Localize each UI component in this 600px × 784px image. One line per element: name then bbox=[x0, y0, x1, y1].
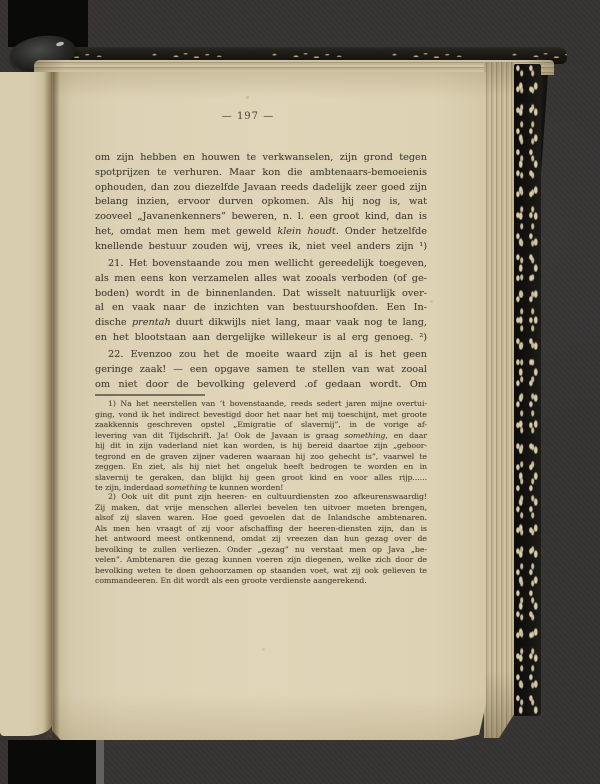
text-line: zooveel „Javanenkenners” beweren, n. l. … bbox=[95, 210, 427, 225]
text-line: 21. Het bovenstaande zou men wellicht ge… bbox=[95, 257, 427, 272]
text-line: boden) wordt in de binnenlanden. Dat wis… bbox=[95, 287, 427, 302]
body-paragraph-22: 22. Evenzoo zou het de moeite waard zijn… bbox=[95, 348, 427, 392]
text-line: en het blootstaan aan dergelijke willeke… bbox=[95, 331, 427, 346]
text-line: 1) Na het neerstellen van ’t bovenstaand… bbox=[95, 399, 427, 410]
text-line: Als men hen vraagt of zij voor afschaffi… bbox=[95, 524, 427, 535]
page-speck bbox=[430, 300, 433, 303]
page-number: — 197 — bbox=[95, 111, 427, 122]
book-scan-photo: — 197 — om zijn hebben en houwen te verk… bbox=[0, 0, 600, 784]
text-line: commandeeren. En dit wordt als een groot… bbox=[95, 576, 427, 587]
text-line: het, omdat men hem met geweld klein houd… bbox=[95, 225, 427, 240]
text-line: alsof zij slaven waren. Hoe goed gevoele… bbox=[95, 513, 427, 524]
text-line: ophouden, dan zou diezelfde Javaan reeds… bbox=[95, 181, 427, 196]
text-line: belang inzien, ervoor durven opkomen. Al… bbox=[95, 195, 427, 210]
body-paragraph-continuation: om zijn hebben en houwen te verkwanselen… bbox=[95, 151, 427, 255]
page-speck bbox=[246, 96, 249, 99]
text-line: geringe zaak! — een opgave samen te stel… bbox=[95, 363, 427, 378]
marbled-cover-edge bbox=[514, 64, 541, 716]
scanner-panel-strip bbox=[96, 740, 104, 784]
text-line: zaakkennis geschreven opstel „Emigratie … bbox=[95, 420, 427, 431]
gutter-shadow bbox=[44, 72, 60, 738]
text-line: Zij maken, dat vrije menschen allerlei b… bbox=[95, 503, 427, 514]
page-stack-right-edges bbox=[484, 62, 514, 738]
text-line: tegrond en de graven zijner vaderen waar… bbox=[95, 452, 427, 463]
footnote-2: 2) Ook uit dit punt zijn heeren- en cult… bbox=[95, 492, 427, 587]
text-line: bevolking weten te doen gehoorzamen op s… bbox=[95, 566, 427, 577]
text-line: om zijn hebben en houwen te verkwanselen… bbox=[95, 151, 427, 166]
text-line: velen”. Ambtenaren die gezag kunnen voer… bbox=[95, 555, 427, 566]
text-line: om niet door de bevolking geleverd .of g… bbox=[95, 378, 427, 393]
text-line: zeggen. En ziet, als hij niet het ongelu… bbox=[95, 462, 427, 473]
text-line: knellende bestuur zouden wij, vrees ik, … bbox=[95, 240, 427, 255]
text-line: bevolking te zullen verliezen. Onder „ge… bbox=[95, 545, 427, 556]
text-line: 22. Evenzoo zou het de moeite waard zijn… bbox=[95, 348, 427, 363]
text-line: dische prentah duurt dikwijls niet lang,… bbox=[95, 316, 427, 331]
page-speck bbox=[262, 648, 265, 651]
text-line: slavernij te geraken, dan blijkt hij gee… bbox=[95, 473, 427, 484]
text-line: hij dit in zijn vaderland niet kan worde… bbox=[95, 441, 427, 452]
text-line: 2) Ook uit dit punt zijn heeren- en cult… bbox=[95, 492, 427, 503]
text-line: als men eens kon verzamelen alles wat zo… bbox=[95, 272, 427, 287]
text-line: levering van dit Tijdschrift. Ja! Ook de… bbox=[95, 431, 427, 442]
scanner-panel-bottom-left bbox=[8, 740, 96, 784]
footnote-1: 1) Na het neerstellen van ’t bovenstaand… bbox=[95, 399, 427, 494]
footnote-separator-rule bbox=[95, 394, 205, 396]
text-line: al en vaak naar de inzichten van bestuur… bbox=[95, 301, 427, 316]
text-line: het antwoord meest ontkennend, omdat zij… bbox=[95, 534, 427, 545]
text-line: ging, vond ik het indirect bevestigd doo… bbox=[95, 410, 427, 421]
text-line: spotprijzen te verhuren. Maar kon die am… bbox=[95, 166, 427, 181]
body-paragraph-21: 21. Het bovenstaande zou men wellicht ge… bbox=[95, 257, 427, 346]
